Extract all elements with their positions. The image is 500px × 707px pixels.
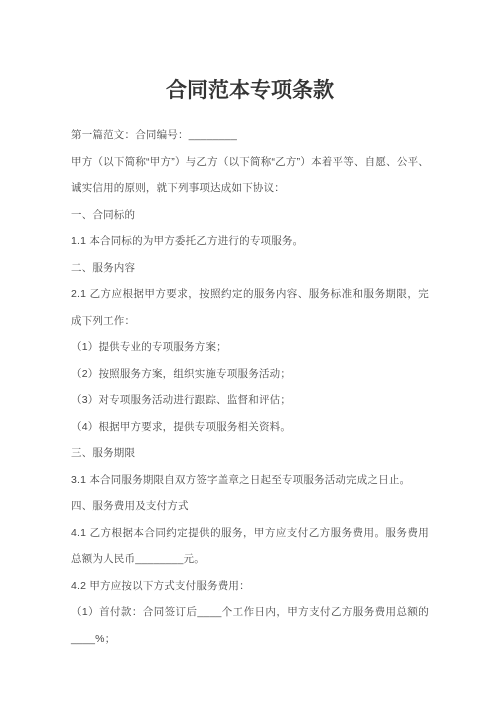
paragraph-clause-4-2: 4.2 甲方应按以下方式支付服务费用： [71, 573, 429, 600]
paragraph-clause-1-1: 1.1 本合同标的为甲方委托乙方进行的专项服务。 [71, 228, 429, 255]
paragraph-item-4: （4）根据甲方要求，提供专项服务相关资料。 [71, 414, 429, 441]
document-title: 合同范本专项条款 [71, 76, 429, 106]
paragraph-item-2: （2）按照服务方案，组织实施专项服务活动； [71, 361, 429, 388]
paragraph-contract-number: 第一篇范文：合同编号：________ [71, 122, 429, 149]
paragraph-clause-4-1: 4.1 乙方根据本合同约定提供的服务，甲方应支付乙方服务费用。服务费用总额为人民… [71, 520, 429, 573]
paragraph-item-3: （3）对专项服务活动进行跟踪、监督和评估； [71, 387, 429, 414]
section-heading-4: 四、服务费用及支付方式 [71, 493, 429, 520]
contract-document-page: 合同范本专项条款 第一篇范文：合同编号：________ 甲方（以下简称“甲方”… [0, 0, 500, 707]
paragraph-clause-2-1: 2.1 乙方应根据甲方要求，按照约定的服务内容、服务标准和服务期限，完成下列工作… [71, 281, 429, 334]
paragraph-clause-3-1: 3.1 本合同服务期限自双方签字盖章之日起至专项服务活动完成之日止。 [71, 467, 429, 494]
section-heading-3: 三、服务期限 [71, 440, 429, 467]
paragraph-payment-item-1: （1）首付款：合同签订后____个工作日内，甲方支付乙方服务费用总额的____%… [71, 599, 429, 652]
paragraph-item-1: （1）提供专业的专项服务方案； [71, 334, 429, 361]
section-heading-2: 二、服务内容 [71, 255, 429, 282]
paragraph-preamble: 甲方（以下简称“甲方”）与乙方（以下简称“乙方”）本着平等、自愿、公平、诚实信用… [71, 149, 429, 202]
section-heading-1: 一、合同标的 [71, 202, 429, 229]
document-body: 第一篇范文：合同编号：________ 甲方（以下简称“甲方”）与乙方（以下简称… [71, 122, 429, 652]
